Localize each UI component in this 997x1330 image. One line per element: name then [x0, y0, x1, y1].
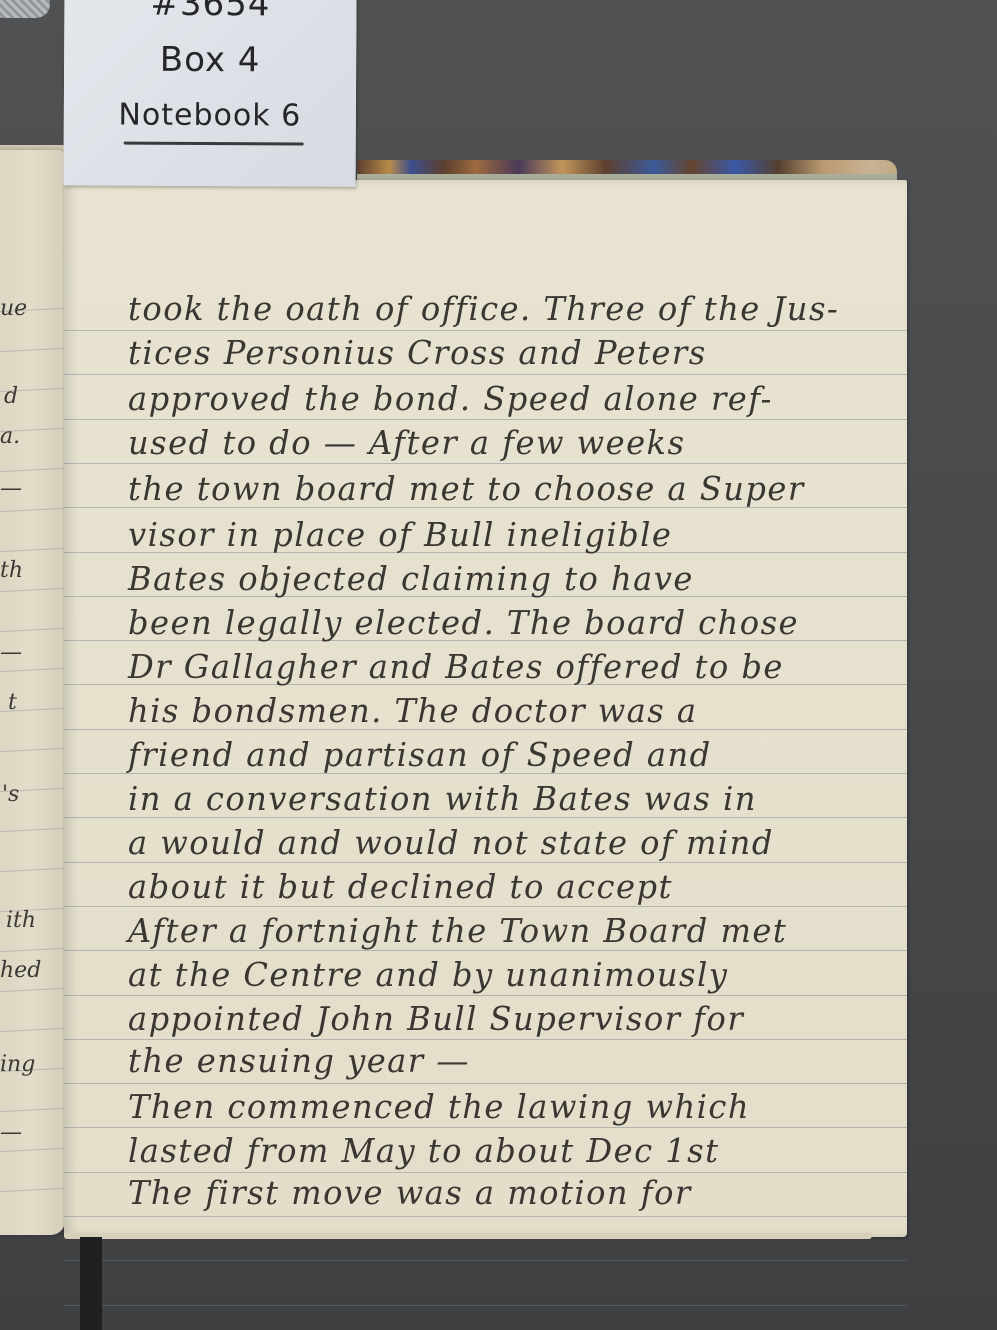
left-page-fragment: — [0, 1120, 22, 1145]
handwritten-line: about it but declined to accept [128, 870, 868, 903]
handwritten-line: Bates objected claiming to have [128, 562, 868, 595]
label-accession-number: #3654 [64, 0, 356, 25]
handwritten-line: in a conversation with Bates was in [128, 782, 868, 815]
handwritten-line: approved the bond. Speed alone ref- [128, 382, 868, 415]
left-page-fragment: th [0, 558, 23, 583]
label-box-number: Box 4 [64, 39, 356, 81]
handwritten-line: lasted from May to about Dec 1st [128, 1134, 868, 1167]
left-page-rule-line [0, 628, 65, 633]
left-page-fragment: 's [2, 782, 19, 807]
handwritten-line: Dr Gallagher and Bates offered to be [128, 650, 868, 683]
left-page-rule-line [0, 828, 65, 833]
left-page-rule-line [0, 1028, 65, 1033]
left-page-rule-line [0, 868, 65, 873]
page-rule-line [64, 1260, 907, 1261]
page-rule-line [64, 374, 907, 375]
page-rule-line [64, 1039, 907, 1040]
left-page-fragment: ith [6, 908, 36, 933]
left-page-fragment: hed [0, 958, 41, 983]
label-notebook-number: Notebook 6 [64, 97, 356, 134]
label-underline [124, 142, 304, 146]
page-rule-line [64, 950, 907, 951]
handwritten-line: appointed John Bull Supervisor for [128, 1002, 868, 1035]
handwritten-line: the ensuing year — [128, 1044, 868, 1077]
left-page-fragment: — [0, 476, 22, 501]
handwritten-line: at the Centre and by unanimously [128, 958, 868, 991]
handwritten-line: took the oath of office. Three of the Ju… [128, 292, 868, 325]
page-rule-line [64, 1083, 907, 1084]
left-page-rule-line [0, 588, 65, 593]
handwritten-line: been legally elected. The board chose [128, 606, 868, 639]
handwritten-line: a would and would not state of mind [128, 826, 868, 859]
handwritten-line: Then commenced the lawing which [128, 1090, 868, 1123]
binding-cord [0, 0, 50, 18]
left-page-rule-line [0, 748, 65, 753]
left-page-rule-line [0, 988, 65, 993]
left-page-fragment: — [0, 640, 22, 665]
page-rule-line [64, 463, 907, 464]
handwritten-line: used to do — After a few weeks [128, 426, 868, 459]
archival-label-card: #3654 Box 4 Notebook 6 [63, 0, 356, 187]
left-page-rule-line [0, 1148, 65, 1153]
handwritten-line: the town board met to choose a Super [128, 472, 868, 505]
left-page-fragment: ing [0, 1052, 35, 1077]
left-page-rule-line [0, 1188, 65, 1193]
page-rule-line [64, 330, 907, 331]
left-page-rule-line [0, 348, 65, 353]
handwritten-line: After a fortnight the Town Board met [128, 914, 868, 947]
left-page-rule-line [0, 948, 65, 953]
handwritten-line: friend and partisan of Speed and [128, 738, 868, 771]
left-page-rule-line [0, 508, 65, 513]
handwritten-line: The first move was a motion for [128, 1176, 868, 1209]
left-page-rule-line [0, 468, 65, 473]
handwritten-line: tices Personius Cross and Peters [128, 336, 868, 369]
page-rule-line [64, 995, 907, 996]
page-rule-line [64, 906, 907, 907]
left-page-rule-line [0, 548, 65, 553]
page-rule-line [64, 1216, 907, 1217]
page-rule-line [64, 1127, 907, 1128]
left-page-fragment: ue [0, 296, 27, 321]
binding-gap [80, 1237, 102, 1330]
page-rule-line [64, 419, 907, 420]
left-page-fragment: d [4, 384, 18, 409]
left-page-rule-line [0, 1108, 65, 1113]
handwritten-line: visor in place of Bull ineligible [128, 518, 868, 551]
left-page-rule-line [0, 668, 65, 673]
handwritten-line: his bondsmen. The doctor was a [128, 694, 868, 727]
left-page-fragment: t [8, 690, 17, 715]
left-page-fragment: a. [0, 424, 20, 449]
page-rule-line [64, 1305, 907, 1306]
page-bottom-edge [64, 1233, 872, 1239]
